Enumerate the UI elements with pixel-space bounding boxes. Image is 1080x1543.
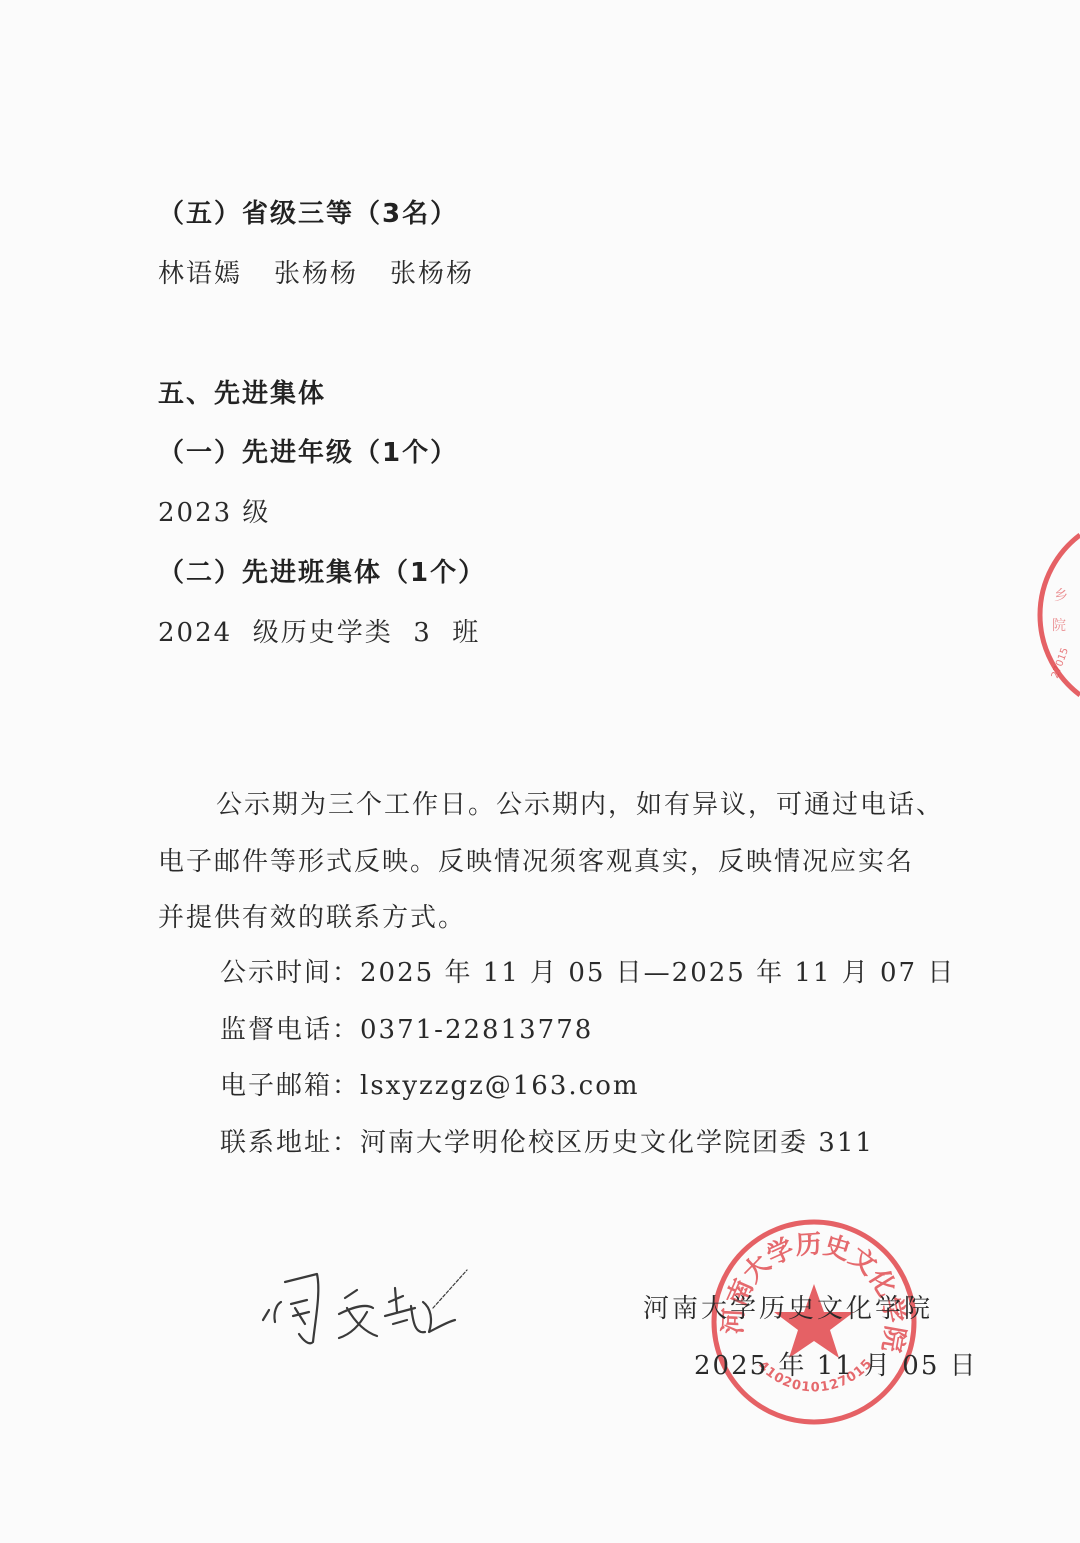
name-item: 林语嫣 [158,259,242,289]
subheading-advanced-grade: （一）先进年级（1个） [158,436,458,470]
partial-seal-stamp-edge: 乡 院 27015 [1030,530,1080,700]
notice-line-2: 电子邮件等形式反映。反映情况须客观真实，反映情况应实名 [158,845,914,879]
phone-value: 0371-22813778 [360,1015,593,1045]
section-heading-provincial-third: （五）省级三等（3名） [158,197,458,231]
phone-row: 监督电话：0371-22813778 [220,1013,593,1047]
phone-label: 监督电话： [220,1015,360,1045]
notice-period-label: 公示时间： [220,958,360,988]
notice-period-row: 公示时间：2025 年 11 月 05 日—2025 年 11 月 07 日 [220,956,955,990]
svg-text:乡: 乡 [1054,588,1068,604]
subheading-advanced-class: （二）先进班集体（1个） [158,556,486,590]
email-row: 电子邮箱：lsxyzzgz@163.com [220,1069,640,1103]
advanced-grade-value: 2023 级 [158,496,270,530]
name-item: 张杨杨 [390,259,474,289]
email-value: lsxyzzgz@163.com [360,1071,640,1101]
address-row: 联系地址：河南大学明伦校区历史文化学院团委 311 [220,1126,874,1160]
svg-text:院: 院 [1052,618,1066,634]
name-item: 张杨杨 [274,259,358,289]
handwritten-signature [255,1262,475,1352]
email-label: 电子邮箱： [220,1071,360,1101]
issue-date: 2025 年 11 月 05 日 [694,1349,978,1383]
notice-line-3: 并提供有效的联系方式。 [158,901,466,935]
address-value: 河南大学明伦校区历史文化学院团委 311 [360,1128,874,1158]
address-label: 联系地址： [220,1128,360,1158]
notice-period-value: 2025 年 11 月 05 日—2025 年 11 月 07 日 [360,958,955,988]
notice-line-1: 公示期为三个工作日。公示期内，如有异议，可通过电话、 [216,788,944,822]
section-heading-advanced-collective: 五、先进集体 [158,377,326,411]
advanced-class-value: 2024 级历史学类 3 班 [158,616,480,650]
issuing-organization: 河南大学历史文化学院 [643,1292,933,1326]
names-list: 林语嫣张杨杨张杨杨 [158,257,474,291]
